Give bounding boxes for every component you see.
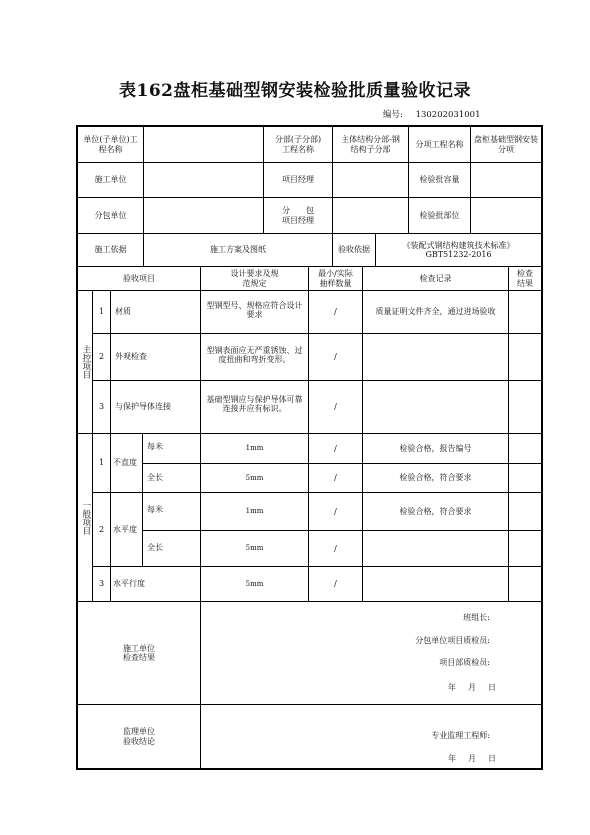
g-2b-sample[interactable]: /	[308, 530, 363, 567]
mc-1-no: 1	[92, 290, 111, 334]
g-1b-sample[interactable]: /	[308, 463, 363, 493]
g-3-no: 3	[92, 566, 111, 602]
g-2a-design: 1mm	[200, 492, 309, 531]
supervision-label: 监理单位验收结论	[77, 704, 201, 769]
sub-pm-field[interactable]	[332, 197, 409, 234]
g-1a-result[interactable]	[508, 433, 542, 464]
construction-date: 年月日	[400, 682, 496, 693]
project-inspector-label: 项目部质检员:	[340, 657, 490, 668]
supervising-engineer-label: 专业监理工程师:	[340, 730, 490, 741]
year-label: 年	[448, 753, 456, 764]
col-result-header: 检查结果	[508, 266, 542, 291]
g-2a-sub: 每米	[142, 492, 201, 531]
g-3-design: 5mm	[200, 566, 309, 602]
month-label: 月	[468, 753, 476, 764]
mc-3-record[interactable]	[362, 380, 509, 434]
day-label: 日	[488, 753, 496, 764]
division-label: 分部(子分部)工程名称	[263, 126, 333, 163]
mc-3-design: 基础型钢应与保护导体可靠连接并应有标识。	[200, 380, 309, 434]
g-3-item: 水平行度	[110, 566, 201, 602]
unit-name-label: 单位(子单位)工程名称	[77, 126, 144, 163]
g-1b-record[interactable]: 检验合格，符合要求	[362, 463, 509, 493]
g-2b-result[interactable]	[508, 530, 542, 567]
construction-check-label: 施工单位检查结果	[77, 601, 201, 705]
col-item-header: 验收项目	[77, 266, 201, 291]
sub-pm-label-line2: 项目经理	[282, 216, 314, 225]
unit-name-field[interactable]	[143, 126, 264, 163]
sub-inspector-label: 分包单位项目质检员:	[340, 635, 490, 646]
g-1a-record[interactable]: 检验合格，报告编号	[362, 433, 509, 464]
mc-1-design: 型钢型号、规格应符合设计要求	[200, 290, 309, 334]
supervision-date: 年月日	[400, 753, 496, 764]
mc-3-no: 3	[92, 380, 111, 434]
mc-2-no: 2	[92, 333, 111, 381]
division-value[interactable]: 主体结构分部-钢结构子分部	[332, 126, 409, 163]
col-design-header: 设计要求及规范规定	[200, 266, 309, 291]
pm-field[interactable]	[332, 162, 409, 198]
g-1-no: 1	[92, 433, 111, 493]
mc-2-design: 型钢表面应无严重锈蚀、过度扭曲和弯折变形。	[200, 333, 309, 381]
col-sample-header: 最小/实际抽样数量	[308, 266, 363, 291]
subcontractor-field[interactable]	[143, 197, 264, 234]
batch-capacity-label: 检验批容量	[408, 162, 471, 198]
mc-1-sample[interactable]: /	[308, 290, 363, 334]
constructor-field[interactable]	[143, 162, 264, 198]
day-label: 日	[488, 682, 496, 693]
mc-1-record[interactable]: 质量证明文件齐全，通过进场验收	[362, 290, 509, 334]
mc-2-record[interactable]	[362, 333, 509, 381]
acceptance-basis-label: 验收依据	[332, 233, 376, 267]
g-2a-record[interactable]: 检验合格，符合要求	[362, 492, 509, 531]
mc-1-item: 材质	[110, 290, 201, 334]
g-2-no: 2	[92, 492, 111, 567]
general-label: 一般项目	[77, 433, 93, 602]
pm-label: 项目经理	[263, 162, 333, 198]
batch-capacity-field[interactable]	[470, 162, 542, 198]
g-2a-result[interactable]	[508, 492, 542, 531]
serial-label: 编号:	[383, 110, 403, 120]
subitem-value[interactable]: 盘柜基础型钢安装分项	[470, 126, 542, 163]
mc-3-item: 与保护导体连接	[110, 380, 201, 434]
g-1a-design: 1mm	[200, 433, 309, 464]
g-2a-sample[interactable]: /	[308, 492, 363, 531]
g-2b-record[interactable]	[362, 530, 509, 567]
g-1a-sample[interactable]: /	[308, 433, 363, 464]
batch-location-field[interactable]	[470, 197, 542, 234]
basis-label: 施工依据	[77, 233, 144, 267]
mc-3-sample[interactable]: /	[308, 380, 363, 434]
g-3-record[interactable]	[362, 566, 509, 602]
year-label: 年	[448, 682, 456, 693]
constructor-label: 施工单位	[77, 162, 144, 198]
g-1-item: 不直度	[110, 433, 143, 493]
sub-pm-label: 分 包 项目经理	[263, 197, 333, 234]
subcontractor-label: 分包单位	[77, 197, 144, 234]
mc-2-sample[interactable]: /	[308, 333, 363, 381]
basis-value[interactable]: 施工方案及图纸	[143, 233, 333, 267]
g-1b-result[interactable]	[508, 463, 542, 493]
g-1b-design: 5mm	[200, 463, 309, 493]
month-label: 月	[468, 682, 476, 693]
mc-3-result[interactable]	[508, 380, 542, 434]
g-2b-sub: 全长	[142, 530, 201, 567]
g-1b-sub: 全长	[142, 463, 201, 493]
g-2-item: 水平度	[110, 492, 143, 567]
acceptance-basis-value[interactable]: 《装配式钢结构建筑技术标准》 GBT51232-2016	[375, 233, 542, 267]
serial-number: 编号: 130202031001	[383, 108, 490, 120]
batch-location-label: 检验批部位	[408, 197, 471, 234]
mc-1-result[interactable]	[508, 290, 542, 334]
mc-2-item: 外观检查	[110, 333, 201, 381]
sub-pm-label-line1: 分 包	[282, 206, 314, 215]
g-1a-sub: 每米	[142, 433, 201, 464]
mc-2-result[interactable]	[508, 333, 542, 381]
g-3-sample[interactable]: /	[308, 566, 363, 602]
main-control-label: 主控项目	[77, 290, 93, 434]
team-leader-label: 班组长:	[380, 612, 490, 623]
col-record-header: 检查记录	[362, 266, 509, 291]
page-title: 表162盘柜基础型钢安装检验批质量验收记录	[0, 76, 590, 101]
serial-value: 130202031001	[416, 110, 481, 120]
subitem-label: 分项工程名称	[408, 126, 471, 163]
g-2b-design: 5mm	[200, 530, 309, 567]
g-3-result[interactable]	[508, 566, 542, 602]
